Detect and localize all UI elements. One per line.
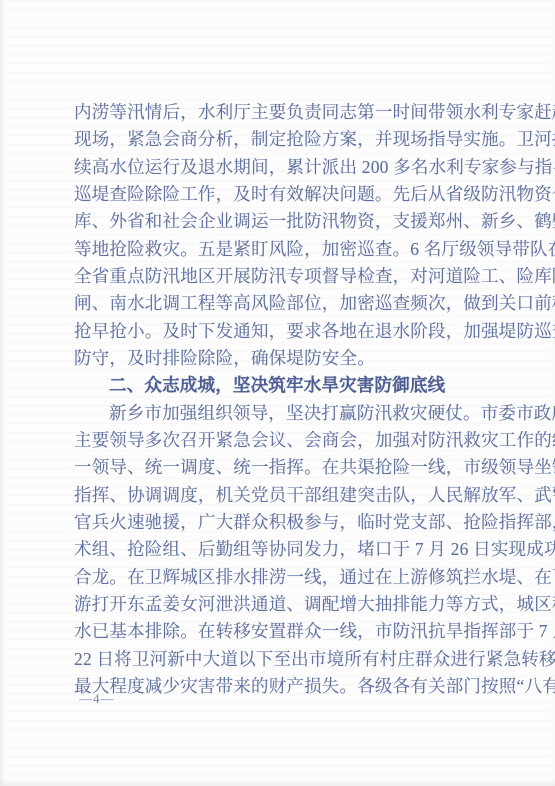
text-line: 合龙。在卫辉城区排水排涝一线，通过在上游修筑拦水堤、在下 <box>74 564 483 591</box>
text-line: 全省重点防汛地区开展防汛专项督导检查，对河道险工、险库险 <box>74 263 483 290</box>
text-line: 等地抢险救灾。五是紧盯风险，加密巡查。6 名厅级领导带队在 <box>74 236 483 263</box>
text-line: 续高水位运行及退水期间，累计派出 200 多名水利专家参与指导 <box>74 154 483 181</box>
text-line: 抢早抢小。及时下发通知，要求各地在退水阶段，加强堤防巡查 <box>74 318 483 345</box>
text-line: 现场，紧急会商分析，制定抢险方案，并现场指导实施。卫河持 <box>74 126 483 153</box>
text-line: 主要领导多次召开紧急会议、会商会，加强对防汛救灾工作的统 <box>74 427 483 454</box>
text-line: 一领导、统一调度、统一指挥。在共渠抢险一线，市级领导坐镇 <box>74 454 483 481</box>
text-line: 游打开东孟姜女河泄洪通道、调配增大抽排能力等方式，城区积 <box>74 591 483 618</box>
text-line: 防守，及时排险除险，确保堤防安全。 <box>74 345 483 372</box>
text-line: 水已基本排除。在转移安置群众一线，市防汛抗旱指挥部于 7 月 <box>74 618 483 645</box>
text-line: 新乡市加强组织领导，坚决打赢防汛救灾硬仗。市委市政府 <box>74 400 483 427</box>
page-number: —4— <box>79 691 115 707</box>
scanned-document-page: 内涝等汛情后，水利厅主要负责同志第一时间带领水利专家赶赴现场，紧急会商分析，制定… <box>0 0 555 786</box>
text-line: 22 日将卫河新中大道以下至出市境所有村庄群众进行紧急转移， <box>74 646 483 673</box>
document-text: 内涝等汛情后，水利厅主要负责同志第一时间带领水利专家赶赴现场，紧急会商分析，制定… <box>74 99 483 700</box>
text-line: 最大程度减少灾害带来的财产损失。各级各有关部门按照“八有” <box>74 673 483 700</box>
section-heading: 二、众志成城，坚决筑牢水旱灾害防御底线 <box>74 372 483 399</box>
text-line: 库、外省和社会企业调运一批防汛物资，支援郑州、新乡、鹤壁 <box>74 208 483 235</box>
text-line: 术组、抢险组、后勤组等协同发力，堵口于 7 月 26 日实现成功 <box>74 536 483 563</box>
text-line: 官兵火速驰援，广大群众积极参与，临时党支部、抢险指挥部，技 <box>74 509 483 536</box>
text-line: 内涝等汛情后，水利厅主要负责同志第一时间带领水利专家赶赴 <box>74 99 483 126</box>
text-line: 巡堤查险除险工作，及时有效解决问题。先后从省级防汛物资仓 <box>74 181 483 208</box>
text-line: 指挥、协调调度，机关党员干部组建突击队，人民解放军、武警 <box>74 482 483 509</box>
text-line: 闸、南水北调工程等高风险部位，加密巡查频次，做到关口前移、 <box>74 290 483 317</box>
